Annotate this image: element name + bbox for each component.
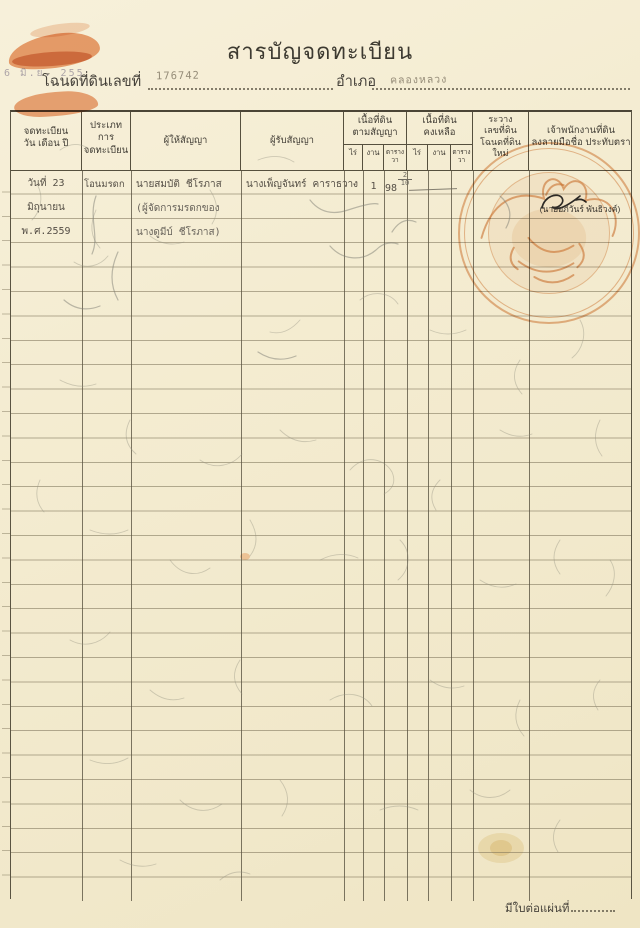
entry-grantee-name: นางเพ็ญจันทร์ คาราธวาง <box>246 177 358 192</box>
entry-grantor-line1: นายสมบัติ ชีโรภาส <box>136 177 222 192</box>
deed-number-value: 176742 <box>156 70 200 83</box>
ruled-line-margin-overrun <box>2 168 10 899</box>
grid-line <box>451 170 452 901</box>
garuda-emblem-icon <box>460 144 638 322</box>
header-area-remaining: เนื้อที่ดิน คงเหลือ <box>407 112 473 145</box>
grid-line <box>131 170 132 901</box>
header-area-per-contract: เนื้อที่ดิน ตามสัญญา <box>344 112 407 145</box>
entry-grantor-line3: นางดูมีบ์ ชีโรภาส) <box>136 225 221 240</box>
grid-line <box>384 170 385 901</box>
header-ngan-contract: งาน <box>363 145 384 170</box>
header-rai-remaining: ไร่ <box>407 145 428 170</box>
entry-sqwa-fraction: 2 10 <box>398 172 412 188</box>
entry-date-line1: วันที่ 23 <box>13 176 79 191</box>
entry-rai-contract: - <box>346 179 363 190</box>
deed-number-dotted-line <box>148 86 333 90</box>
district-value: คลองหลวง <box>390 71 448 89</box>
header-register-date: จดทะเบียน วัน เดือน ปี <box>11 112 82 170</box>
entry-date-line3: พ.ศ.2559 <box>13 224 79 239</box>
grid-line <box>82 170 83 901</box>
entry-sqwa-contract: 98 <box>385 183 397 194</box>
grid-line <box>344 170 345 901</box>
header-grantor: ผู้ให้สัญญา <box>131 112 241 170</box>
continuation-dotted-line <box>571 900 615 912</box>
grid-line <box>363 170 364 901</box>
entry-remaining-dash <box>409 188 457 191</box>
grid-line <box>428 170 429 901</box>
entry-date-line2: มิถุนายน <box>13 200 79 215</box>
entry-registration-type: โอนมรดก <box>84 177 130 192</box>
continuation-sheet-label: มีใบต่อแผ่นที่ <box>505 903 569 915</box>
grid-line <box>241 170 242 901</box>
entry-grantor-line2: (ผู้จัดการมรดกของ <box>136 201 220 216</box>
header-ngan-remaining: งาน <box>428 145 451 170</box>
entry-ngan-contract: 1 <box>363 181 384 192</box>
land-office-round-seal <box>458 142 640 324</box>
grid-line <box>407 170 408 901</box>
header-registration-type: ประเภท การ จดทะเบียน <box>82 112 131 170</box>
district-label: อำเภอ <box>336 70 376 93</box>
header-rai-contract: ไร่ <box>344 145 363 170</box>
header-sqwa-contract: ตาราง วา <box>384 145 407 170</box>
scanned-land-register-document: สารบัญจดทะเบียน โฉนดที่ดินเลขที่ 176742 … <box>0 0 640 928</box>
header-grantee: ผู้รับสัญญา <box>241 112 344 170</box>
continuation-sheet-note: มีใบต่อแผ่นที่ <box>505 900 615 918</box>
